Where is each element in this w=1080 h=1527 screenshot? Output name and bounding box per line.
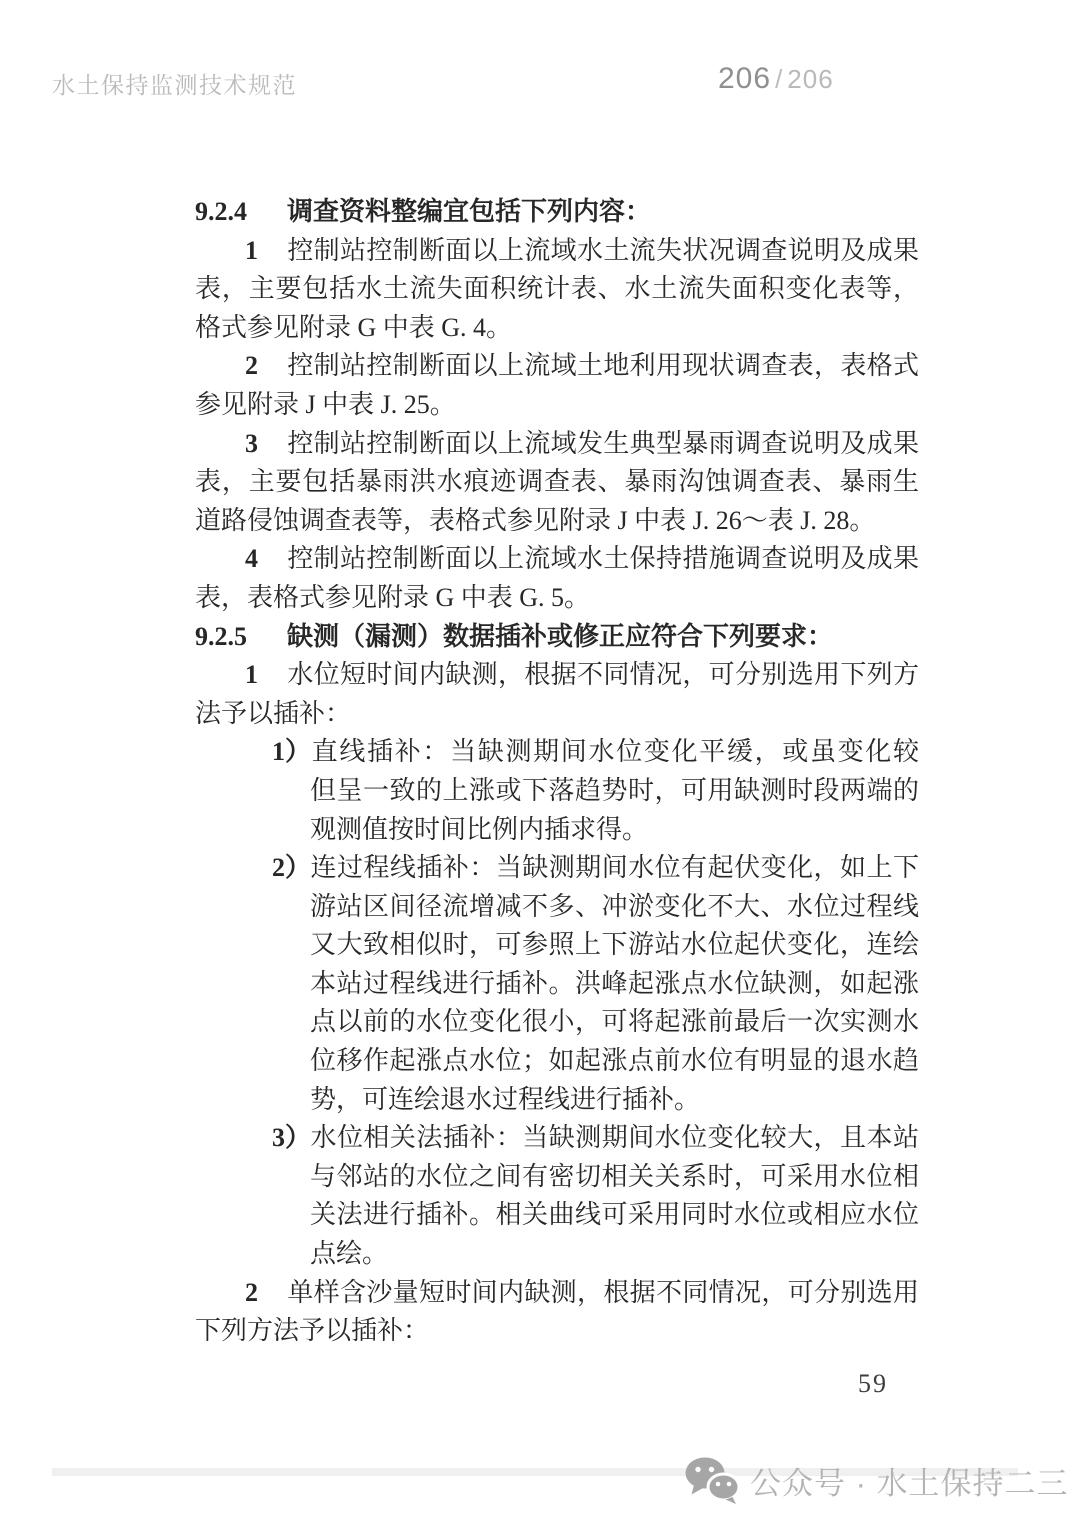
page-current: 206 <box>718 62 771 95</box>
line-text: 格式参见附录 G 中表 G. 4。 <box>195 313 512 342</box>
text-line: 点以前的水位变化很小，可将起涨前最后一次实测水 <box>195 1003 919 1042</box>
text-line: 表，主要包括水土流失面积统计表、水土流失面积变化表等，表 <box>195 270 919 309</box>
line-text: 与邻站的水位之间有密切相关关系时，可采用水位相 <box>310 1162 919 1191</box>
line-text: 水位短时间内缺测，根据不同情况，可分别选用下列方 <box>287 660 919 689</box>
text-line: 势，可连绘退水过程线进行插补。 <box>195 1081 919 1120</box>
text-line: 与邻站的水位之间有密切相关关系时，可采用水位相 <box>195 1158 919 1197</box>
text-line: 3控制站控制断面以上流域发生典型暴雨调查说明及成果 <box>195 425 919 464</box>
text-line: 表，表格式参见附录 G 中表 G. 5。 <box>195 579 919 618</box>
text-line: 又大致相似时，可参照上下游站水位起伏变化，连绘 <box>195 926 919 965</box>
line-number: 2 <box>245 1274 287 1313</box>
text-line: 法予以插补： <box>195 695 919 734</box>
line-text: 控制站控制断面以上流域土地利用现状调查表，表格式 <box>287 351 919 380</box>
line-number: 4 <box>245 540 287 579</box>
line-text: 控制站控制断面以上流域水土保持措施调查说明及成果 <box>287 544 919 573</box>
line-number: 1 <box>245 232 287 271</box>
text-line: 但呈一致的上涨或下落趋势时，可用缺测时段两端的 <box>195 772 919 811</box>
text-line: 9.2.5缺测（漏测）数据插补或修正应符合下列要求： <box>195 618 919 657</box>
line-number: 2） <box>272 849 310 888</box>
line-text: 点以前的水位变化很小，可将起涨前最后一次实测水 <box>310 1007 919 1036</box>
line-text: 本站过程线进行插补。洪峰起涨点水位缺测，如起涨 <box>310 969 919 998</box>
line-text: 但呈一致的上涨或下落趋势时，可用缺测时段两端的 <box>310 776 919 805</box>
text-line: 2控制站控制断面以上流域土地利用现状调查表，表格式 <box>195 347 919 386</box>
text-line: 2单样含沙量短时间内缺测，根据不同情况，可分别选用 <box>195 1274 919 1313</box>
text-line: 点绘。 <box>195 1235 919 1274</box>
text-line: 4控制站控制断面以上流域水土保持措施调查说明及成果 <box>195 540 919 579</box>
line-text: 表，主要包括水土流失面积统计表、水土流失面积变化表等，表 <box>195 274 919 309</box>
line-text: 参见附录 J 中表 J. 25。 <box>195 390 456 419</box>
page-total: 206 <box>787 64 833 94</box>
text-line: 格式参见附录 G 中表 G. 4。 <box>195 309 919 348</box>
document-lines: 9.2.4调查资料整编宜包括下列内容：1控制站控制断面以上流域水土流失状况调查说… <box>195 193 919 1351</box>
line-text: 连过程线插补：当缺测期间水位有起伏变化，如上下 <box>310 853 919 882</box>
text-line: 1水位短时间内缺测，根据不同情况，可分别选用下列方 <box>195 656 919 695</box>
line-number: 2 <box>245 347 287 386</box>
line-text: 表，主要包括暴雨洪水痕迹调查表、暴雨沟蚀调查表、暴雨生产 <box>195 467 919 502</box>
printed-page-number: 59 <box>858 1369 888 1399</box>
text-line: 关法进行插补。相关曲线可采用同时水位或相应水位 <box>195 1196 919 1235</box>
text-line: 位移作起涨点水位；如起涨点前水位有明显的退水趋 <box>195 1042 919 1081</box>
text-line: 观测值按时间比例内插求得。 <box>195 811 919 850</box>
line-text: 调查资料整编宜包括下列内容： <box>287 197 651 226</box>
document-content: 9.2.4调查资料整编宜包括下列内容：1控制站控制断面以上流域水土流失状况调查说… <box>195 193 919 1351</box>
text-line: 9.2.4调查资料整编宜包括下列内容： <box>195 193 919 232</box>
text-line: 3）水位相关法插补：当缺测期间水位变化较大，且本站 <box>195 1119 919 1158</box>
line-number: 1 <box>245 656 287 695</box>
text-line: 表，主要包括暴雨洪水痕迹调查表、暴雨沟蚀调查表、暴雨生产 <box>195 463 919 502</box>
text-line: 本站过程线进行插补。洪峰起涨点水位缺测，如起涨 <box>195 965 919 1004</box>
line-text: 观测值按时间比例内插求得。 <box>310 815 648 844</box>
text-line: 2）连过程线插补：当缺测期间水位有起伏变化，如上下 <box>195 849 919 888</box>
line-number: 1） <box>272 733 310 772</box>
line-text: 控制站控制断面以上流域发生典型暴雨调查说明及成果 <box>287 429 919 458</box>
line-text: 又大致相似时，可参照上下游站水位起伏变化，连绘 <box>310 930 919 959</box>
line-text: 法予以插补： <box>195 699 351 728</box>
page-indicator[interactable]: 206/206 <box>718 62 834 96</box>
line-number: 3） <box>272 1119 310 1158</box>
line-text: 势，可连绘退水过程线进行插补。 <box>310 1085 700 1114</box>
line-text: 水位相关法插补：当缺测期间水位变化较大，且本站 <box>310 1123 919 1152</box>
reader-viewport: 水土保持监测技术规范 206/206 9.2.4调查资料整编宜包括下列内容：1控… <box>0 0 1080 1527</box>
text-line: 下列方法予以插补： <box>195 1312 919 1351</box>
line-text: 关法进行插补。相关曲线可采用同时水位或相应水位 <box>310 1200 919 1229</box>
document-title: 水土保持监测技术规范 <box>52 67 297 100</box>
line-number: 3 <box>245 425 287 464</box>
line-text: 缺测（漏测）数据插补或修正应符合下列要求： <box>287 622 833 651</box>
line-number: 9.2.4 <box>195 193 287 232</box>
line-text: 位移作起涨点水位；如起涨点前水位有明显的退水趋 <box>310 1046 919 1075</box>
page-separator: / <box>771 64 787 94</box>
text-line: 道路侵蚀调查表等，表格式参见附录 J 中表 J. 26～表 J. 28。 <box>195 502 919 541</box>
line-text: 游站区间径流增减不多、冲淤变化不大、水位过程线 <box>310 892 919 921</box>
text-line: 参见附录 J 中表 J. 25。 <box>195 386 919 425</box>
line-text: 直线插补：当缺测期间水位变化平缓，或虽变化较大， <box>272 737 919 772</box>
text-line: 游站区间径流增减不多、冲淤变化不大、水位过程线 <box>195 888 919 927</box>
text-line: 1控制站控制断面以上流域水土流失状况调查说明及成果 <box>195 232 919 271</box>
text-line: 1）直线插补：当缺测期间水位变化平缓，或虽变化较大， <box>195 733 919 772</box>
line-text: 控制站控制断面以上流域水土流失状况调查说明及成果 <box>287 236 919 265</box>
line-text: 下列方法予以插补： <box>195 1316 429 1345</box>
line-text: 表，表格式参见附录 G 中表 G. 5。 <box>195 583 590 612</box>
line-text: 道路侵蚀调查表等，表格式参见附录 J 中表 J. 26～表 J. 28。 <box>195 506 875 535</box>
wechat-icon <box>684 1456 740 1504</box>
line-text: 单样含沙量短时间内缺测，根据不同情况，可分别选用 <box>287 1278 919 1307</box>
footer-watermark: 公众号 · 水土保持二三 <box>684 1456 1069 1504</box>
line-number: 9.2.5 <box>195 618 287 657</box>
watermark-text: 公众号 · 水土保持二三 <box>750 1458 1069 1503</box>
line-text: 点绘。 <box>310 1239 388 1268</box>
